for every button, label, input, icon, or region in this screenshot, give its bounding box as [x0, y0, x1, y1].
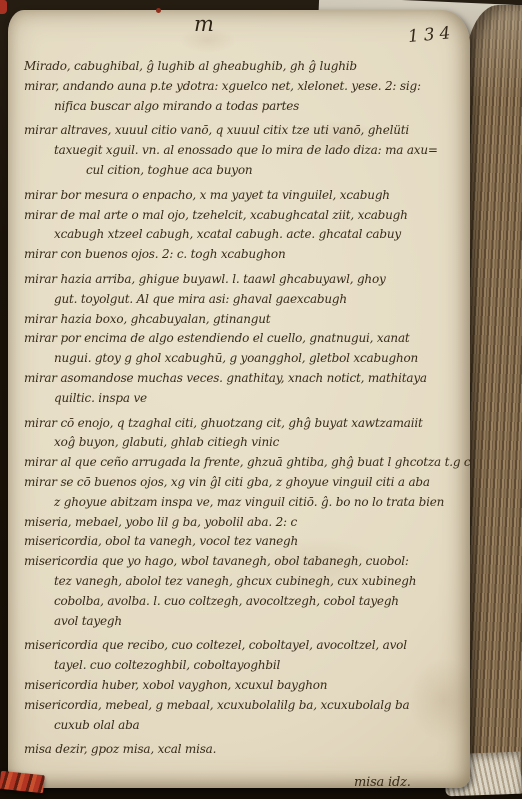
manuscript-line: misericordia, obol ta vanegh, vocol tez … [24, 532, 464, 552]
manuscript-line: taxuegit xguil. vn. al enossado que lo m… [24, 141, 464, 161]
manuscript-line: avol tayegh [24, 612, 464, 632]
catchword: misa idz. [24, 773, 464, 788]
red-ink-dot [156, 8, 161, 13]
manuscript-text-block: Mirado, cabughibal, ĝ lughib al gheabugh… [24, 57, 464, 788]
manuscript-line: nugui. gtoy g ghol xcabughū, g yoangghol… [24, 349, 464, 369]
ribbon-marker-bottom [0, 771, 45, 794]
section-letter-heading: m [194, 12, 214, 36]
manuscript-line: mirar bor mesura o enpacho, x ma yayet t… [24, 186, 464, 206]
manuscript-line: misericordia que recibo, cuo coltezel, c… [24, 636, 464, 656]
manuscript-line: misericordia huber, xobol vayghon, xcuxu… [24, 676, 464, 696]
manuscript-line: cobolba, avolba. l. cuo coltzegh, avocol… [24, 592, 464, 612]
ribbon-marker-top [0, 0, 7, 14]
manuscript-line: xoĝ buyon, glabuti, ghlab citiegh vinic [24, 433, 464, 453]
manuscript-line: z ghoyue abitzam inspa ve, maz vinguil c… [24, 493, 464, 513]
manuscript-line: mirar hazia boxo, ghcabuyalan, gtinangut [24, 310, 464, 330]
manuscript-line: mirar por encima de algo estendiendo el … [24, 329, 464, 349]
manuscript-line: tayel. cuo coltezoghbil, coboltayoghbil [24, 656, 464, 676]
manuscript-line: xcabugh xtzeel cabugh, xcatal cabugh. ac… [24, 225, 464, 245]
manuscript-line: miseria, mebael, yobo lil g ba, yobolil … [24, 513, 464, 533]
manuscript-line: mirar de mal arte o mal ojo, tzehelcit, … [24, 206, 464, 226]
manuscript-line: Mirado, cabughibal, ĝ lughib al gheabugh… [24, 57, 464, 77]
manuscript-line: mirar al que ceño arrugada la frente, gh… [24, 453, 464, 473]
manuscript-line: mirar, andando auna p.te ydotra: xguelco… [24, 77, 464, 97]
manuscript-line: gut. toyolgut. Al que mira asi: ghaval g… [24, 290, 464, 310]
book-fore-edge [464, 5, 522, 793]
manuscript-line: misa dezir, gpoz misa, xcal misa. [24, 740, 464, 760]
manuscript-line: quiltic. inspa ve [24, 389, 464, 409]
folio-number: 134 [407, 23, 456, 47]
manuscript-line: cul cition, toghue aca buyon [24, 161, 464, 181]
manuscript-line: mirar altraves, xuuul citio vanō, q xuuu… [24, 121, 464, 141]
manuscript-line: mirar se cō buenos ojos, xg vin ĝl citi … [24, 473, 464, 493]
manuscript-line: mirar asomandose muchas veces. gnathitay… [24, 369, 464, 389]
manuscript-page: m 134 Mirado, cabughibal, ĝ lughib al gh… [8, 10, 470, 788]
manuscript-line: tez vanegh, abolol tez vanegh, ghcux cub… [24, 572, 464, 592]
manuscript-photo: m 134 Mirado, cabughibal, ĝ lughib al gh… [0, 0, 522, 799]
manuscript-line: cuxub olal aba [24, 716, 464, 736]
manuscript-line: mirar hazia arriba, ghigue buyawl. l. ta… [24, 270, 464, 290]
manuscript-line: mirar cō enojo, q tzaghal citi, ghuotzan… [24, 414, 464, 434]
manuscript-line: misericordia, mebeal, g mebaal, xcuxubol… [24, 696, 464, 716]
manuscript-line: nifica buscar algo mirando a todas parte… [24, 97, 464, 117]
manuscript-line: misericordia que yo hago, wbol tavanegh,… [24, 552, 464, 572]
manuscript-line: mirar con buenos ojos. 2: c. togh xcabug… [24, 245, 464, 265]
